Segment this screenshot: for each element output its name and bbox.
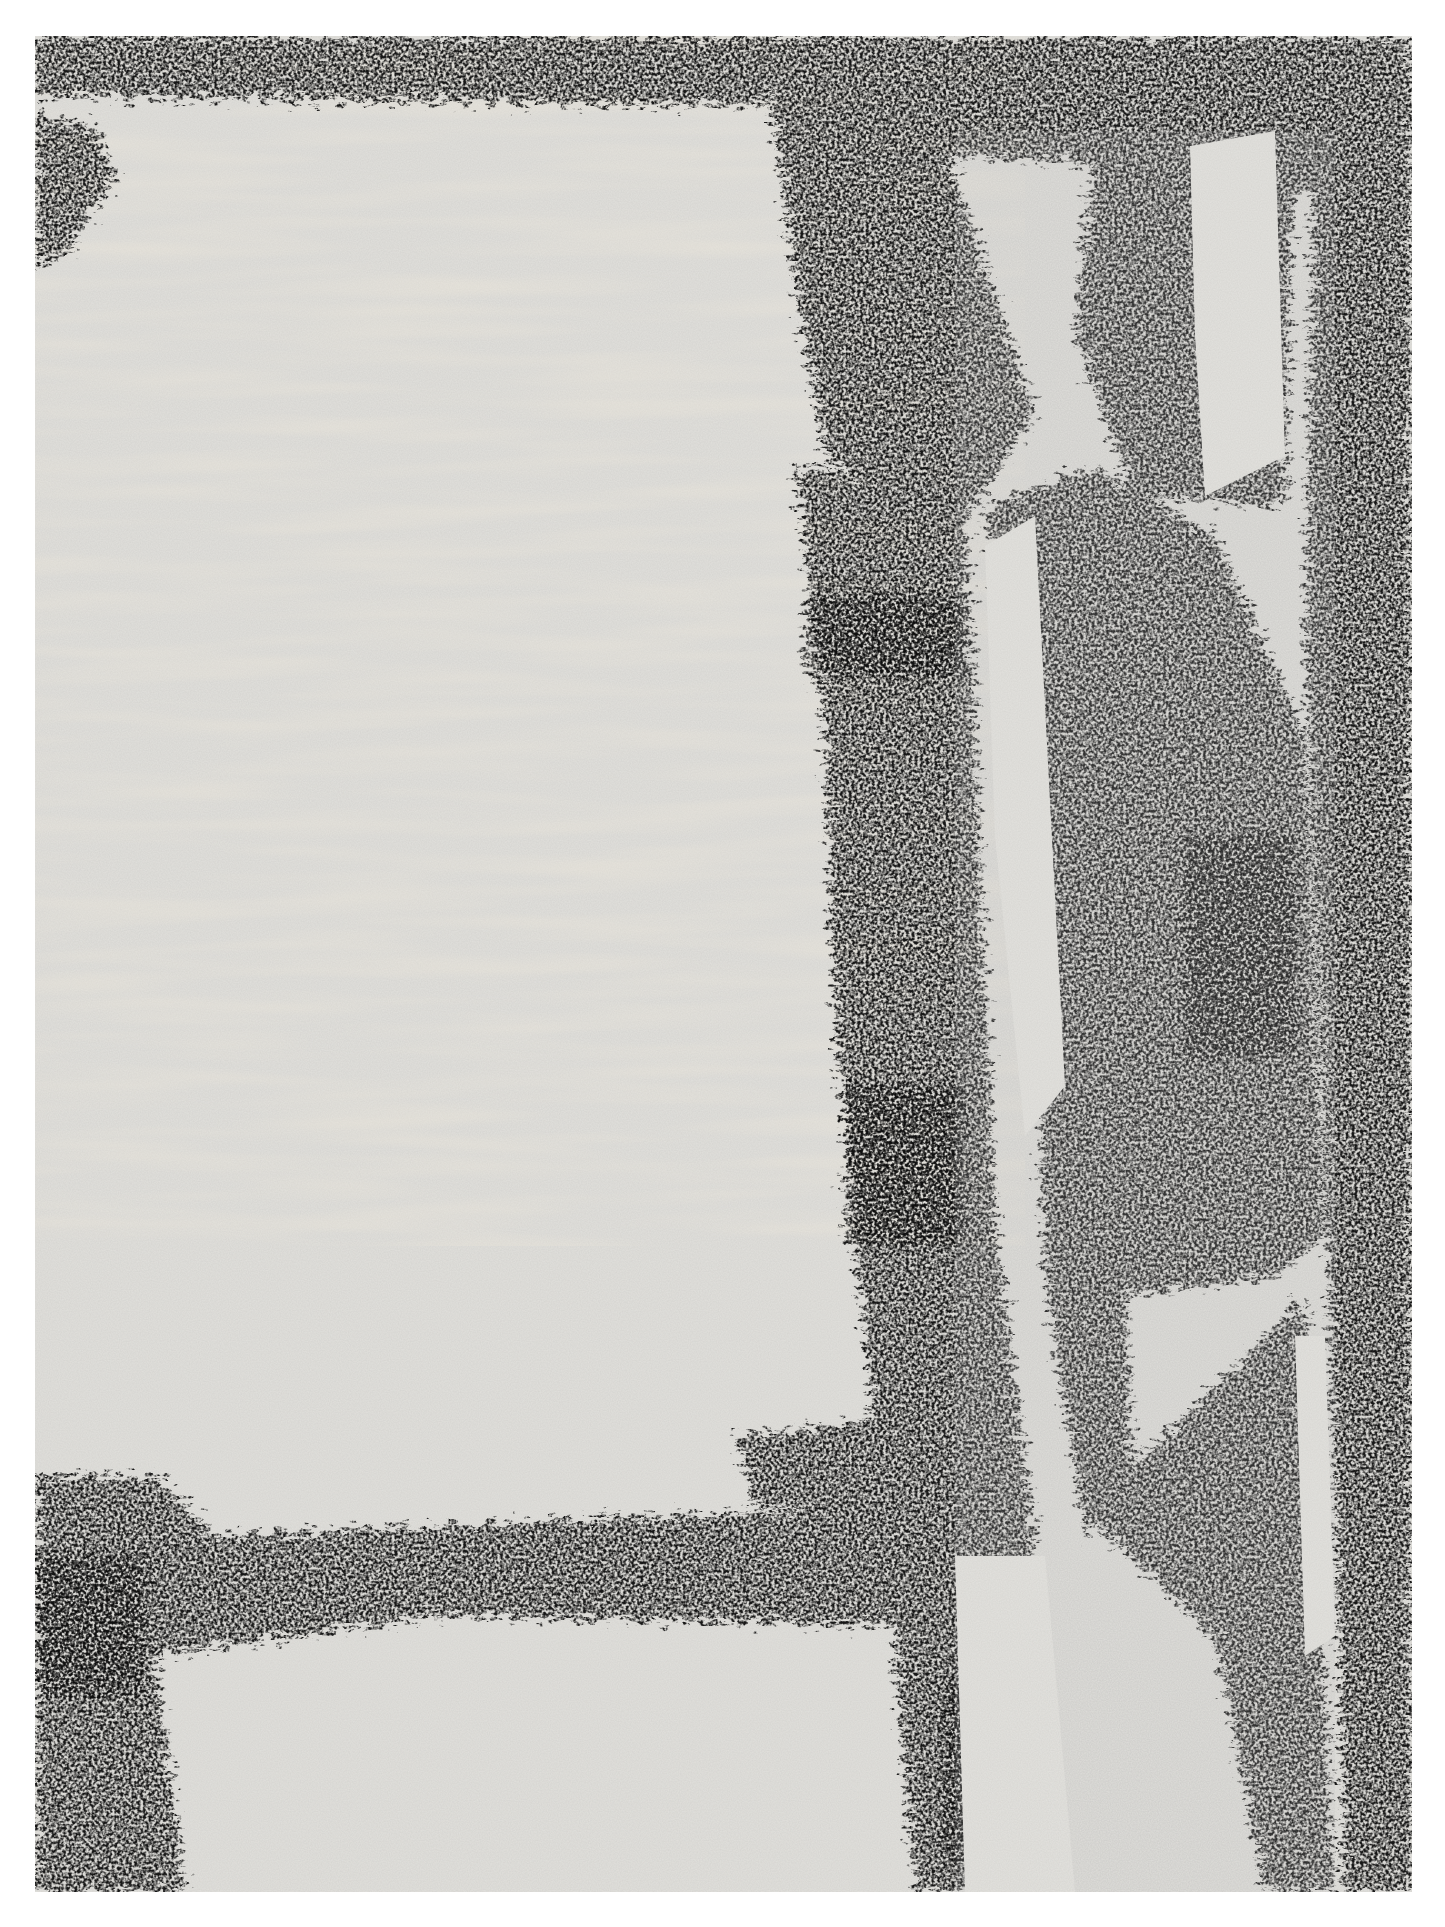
rug-photo: [35, 36, 1412, 1892]
rug-texture-image: [35, 36, 1412, 1892]
